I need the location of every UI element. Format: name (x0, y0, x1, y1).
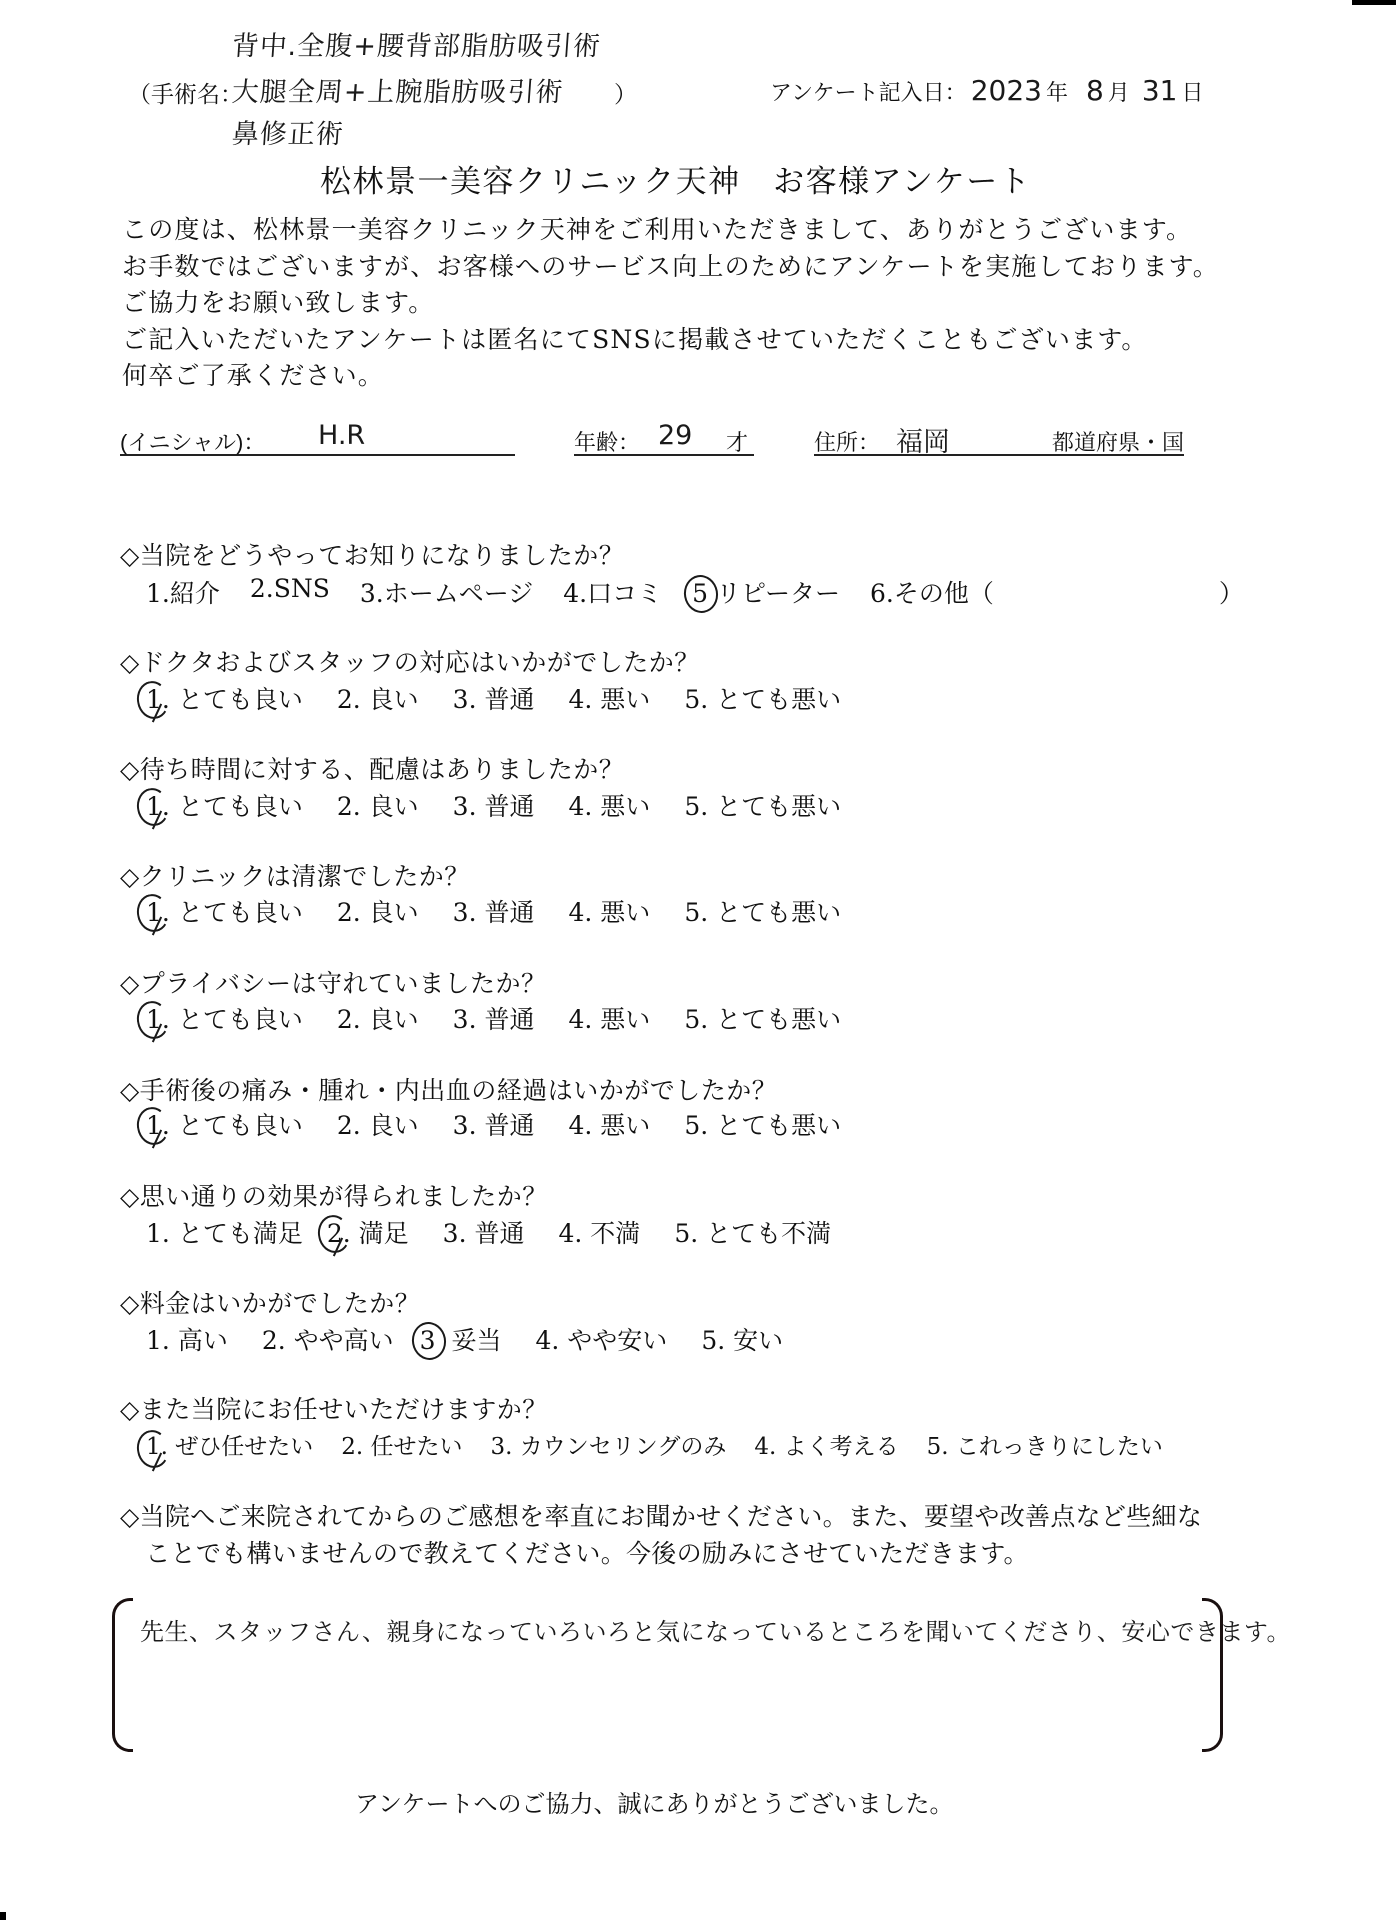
option-recovery-4[interactable]: 4. 悪い (568, 1106, 650, 1142)
option-return-1-selected[interactable]: 1. ぜひ任せたい (146, 1428, 313, 1461)
option-staff-4[interactable]: 4. 悪い (568, 680, 650, 716)
address-suffix: 都道府県・国 (1052, 426, 1184, 457)
option-referral-5-selected[interactable]: 5 リピーター (692, 574, 840, 610)
question-heading-staff: ◇ドクタおよびスタッフの対応はいかがでしたか？ (120, 643, 700, 679)
age-unit: 才 (726, 426, 748, 457)
option-wait-1-selected[interactable]: 1. とても良い (146, 787, 303, 823)
address-label: 住所： (814, 426, 880, 457)
question-options-cleanliness: 1. とても良い 2. 良い 3. 普通 4. 悪い 5. とても悪い (146, 893, 875, 929)
survey-date: アンケート記入日： 2023 年 8 月 31 日 (770, 74, 1203, 107)
question-options-recovery: 1. とても良い 2. 良い 3. 普通 4. 悪い 5. とても悪い (146, 1106, 875, 1142)
option-staff-3[interactable]: 3. 普通 (453, 680, 535, 716)
question-options-privacy: 1. とても良い 2. 良い 3. 普通 4. 悪い 5. とても悪い (146, 1000, 875, 1036)
option-price-3-selected[interactable]: 3 妥当 (420, 1321, 502, 1357)
surgery-name-close-paren: ） (614, 76, 637, 109)
comment-prompt: ◇当院へご来院されてからのご感想を率直にお聞かせください。また、要望や改善点など… (120, 1498, 1202, 1572)
surgery-name-label: （手術名： (128, 76, 243, 109)
intro-line: お手数ではございますが、お客様へのサービス向上のためにアンケートを実施しておりま… (122, 249, 1219, 286)
option-privacy-5[interactable]: 5. とても悪い (684, 1000, 841, 1036)
option-referral-3[interactable]: 3.ホームページ (360, 574, 533, 610)
surgery-name-line-1: 背中.全腹+腰背部脂肪吸引術 (231, 24, 603, 63)
date-label: アンケート記入日： (770, 76, 967, 107)
question-heading-return: ◇また当院にお任せいただけますか？ (120, 1390, 548, 1426)
date-month-value: 8 (1086, 74, 1104, 107)
option-price-1[interactable]: 1. 高い (146, 1321, 228, 1357)
surgery-name-line-2: 大腿全周+上腕脂肪吸引術 (231, 70, 565, 109)
option-referral-2[interactable]: 2.SNS (250, 574, 330, 610)
intro-line: この度は、松林景一美容クリニック天神をご利用いただきまして、ありがとうございます… (122, 212, 1219, 249)
option-wait-5[interactable]: 5. とても悪い (684, 787, 841, 823)
question-heading-cleanliness: ◇クリニックは清潔でしたか？ (120, 857, 470, 893)
option-referral-4[interactable]: 4.口コミ (563, 574, 662, 610)
date-month-unit: 月 (1108, 76, 1130, 107)
footer-thanks: アンケートへのご協力、誠にありがとうございました。 (355, 1784, 954, 1819)
initials-label: (イニシャル)： (120, 426, 265, 457)
option-recovery-2[interactable]: 2. 良い (337, 1106, 419, 1142)
initials-value: H.R (318, 420, 365, 451)
option-recovery-1-selected[interactable]: 1. とても良い (146, 1106, 303, 1142)
question-options-staff: 1. とても良い 2. 良い 3. 普通 4. 悪い 5. とても悪い (146, 680, 875, 716)
page-title: 松林景一美容クリニック天神 お客様アンケート (320, 156, 1031, 201)
question-options-referral: 1.紹介 2.SNS 3.ホームページ 4.口コミ 5 リピーター 6.その他（… (146, 574, 1274, 610)
question-options-results: 1. とても満足 2. 満足 3. 普通 4. 不満 5. とても不満 (146, 1214, 865, 1250)
question-heading-price: ◇料金はいかがでしたか？ (120, 1284, 420, 1320)
option-recovery-3[interactable]: 3. 普通 (453, 1106, 535, 1142)
option-return-2[interactable]: 2. 任せたい (341, 1428, 462, 1461)
question-options-price: 1. 高い 2. やや高い 3 妥当 4. やや安い 5. 安い (146, 1321, 817, 1357)
option-price-5[interactable]: 5. 安い (701, 1321, 783, 1357)
question-heading-privacy: ◇プライバシーは守れていましたか？ (120, 964, 546, 1000)
scan-mark-bottom-left (0, 1912, 6, 1920)
date-year-unit: 年 (1046, 76, 1068, 107)
option-privacy-4[interactable]: 4. 悪い (568, 1000, 650, 1036)
scan-mark-top-right (1352, 0, 1396, 5)
option-referral-6-other[interactable]: 6.その他（ ） (870, 574, 1244, 610)
intro-text: この度は、松林景一美容クリニック天神をご利用いただきまして、ありがとうございます… (122, 212, 1219, 395)
date-day-unit: 日 (1181, 76, 1203, 107)
option-clean-2[interactable]: 2. 良い (337, 893, 419, 929)
address-value: 福岡 (896, 420, 950, 459)
option-price-4[interactable]: 4. やや安い (535, 1321, 667, 1357)
option-price-2[interactable]: 2. やや高い (262, 1321, 394, 1357)
age-value: 29 (658, 420, 692, 451)
option-results-1[interactable]: 1. とても満足 (146, 1214, 303, 1250)
option-clean-3[interactable]: 3. 普通 (453, 893, 535, 929)
intro-line: 何卒ご了承ください。 (122, 358, 1219, 395)
date-day-value: 31 (1142, 74, 1178, 107)
option-wait-2[interactable]: 2. 良い (337, 787, 419, 823)
option-referral-1[interactable]: 1.紹介 (146, 574, 220, 610)
comment-prompt-line: ◇当院へご来院されてからのご感想を率直にお聞かせください。また、要望や改善点など… (120, 1498, 1202, 1535)
option-results-2-selected[interactable]: 2. 満足 (327, 1214, 409, 1250)
question-options-return: 1. ぜひ任せたい 2. 任せたい 3. カウンセリングのみ 4. よく考える … (146, 1428, 1191, 1461)
initials-field[interactable]: (イニシャル)： H.R (120, 424, 515, 456)
option-wait-3[interactable]: 3. 普通 (453, 787, 535, 823)
option-staff-2[interactable]: 2. 良い (337, 680, 419, 716)
question-heading-referral: ◇当院をどうやってお知りになりましたか？ (120, 536, 624, 572)
option-return-5[interactable]: 5. これっきりにしたい (927, 1428, 1163, 1461)
option-clean-5[interactable]: 5. とても悪い (684, 893, 841, 929)
option-clean-4[interactable]: 4. 悪い (568, 893, 650, 929)
question-heading-recovery: ◇手術後の痛み・腫れ・内出血の経過はいかがでしたか？ (120, 1071, 777, 1107)
option-privacy-1-selected[interactable]: 1. とても良い (146, 1000, 303, 1036)
option-staff-5[interactable]: 5. とても悪い (684, 680, 841, 716)
question-heading-wait-time: ◇待ち時間に対する、配慮はありましたか？ (120, 750, 624, 786)
comment-box-left-bracket (112, 1598, 133, 1752)
option-privacy-2[interactable]: 2. 良い (337, 1000, 419, 1036)
option-privacy-3[interactable]: 3. 普通 (453, 1000, 535, 1036)
option-staff-1-selected[interactable]: 1. とても良い (146, 680, 303, 716)
option-clean-1-selected[interactable]: 1. とても良い (146, 893, 303, 929)
age-label: 年齢： (574, 426, 640, 457)
option-results-3[interactable]: 3. 普通 (443, 1214, 525, 1250)
question-heading-results: ◇思い通りの効果が得られましたか？ (120, 1177, 548, 1213)
question-options-wait-time: 1. とても良い 2. 良い 3. 普通 4. 悪い 5. とても悪い (146, 787, 875, 823)
comment-prompt-line: ことでも構いませんので教えてください。今後の励みにさせていただきます。 (120, 1535, 1202, 1572)
option-results-4[interactable]: 4. 不満 (558, 1214, 640, 1250)
option-return-4[interactable]: 4. よく考える (754, 1428, 898, 1461)
age-field[interactable]: 年齢： 29 才 (574, 424, 754, 456)
intro-line: ご協力をお願い致します。 (122, 285, 1219, 322)
option-return-3[interactable]: 3. カウンセリングのみ (491, 1428, 727, 1461)
option-results-5[interactable]: 5. とても不満 (674, 1214, 831, 1250)
address-field[interactable]: 住所： 福岡 都道府県・国 (814, 424, 1184, 456)
date-year-value: 2023 (971, 74, 1042, 107)
intro-line: ご記入いただいたアンケートは匿名にてSNSに掲載させていただくこともございます。 (122, 322, 1219, 359)
surgery-name-line-3: 鼻修正術 (231, 112, 346, 151)
comment-answer[interactable]: 先生、スタッフさん、親身になっていろいろと気になっているところを聞いてくださり、… (140, 1612, 1291, 1647)
option-wait-4[interactable]: 4. 悪い (568, 787, 650, 823)
option-recovery-5[interactable]: 5. とても悪い (684, 1106, 841, 1142)
